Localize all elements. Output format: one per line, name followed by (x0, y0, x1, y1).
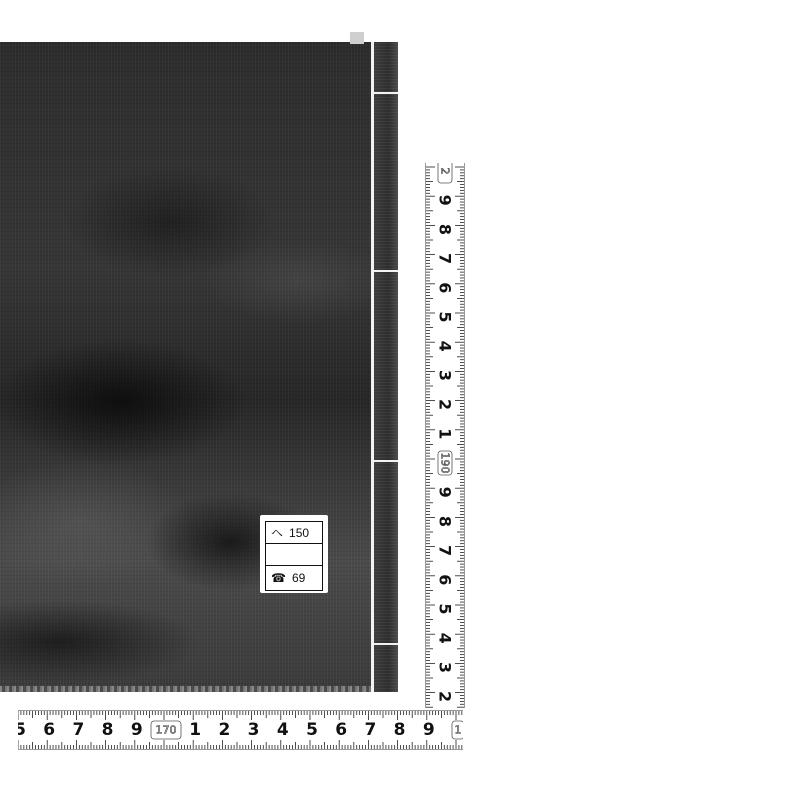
svg-text:3: 3 (248, 720, 260, 740)
binding-line (371, 42, 374, 692)
book-spine (374, 42, 398, 692)
horizontal-ruler-scale: 567891701234567891 (18, 711, 463, 749)
binding-stitch (372, 92, 398, 94)
svg-text:190: 190 (439, 453, 452, 474)
svg-text:5: 5 (18, 720, 26, 740)
svg-text:9: 9 (436, 195, 455, 206)
svg-text:9: 9 (131, 720, 143, 740)
svg-text:3: 3 (435, 662, 454, 673)
binding-stitch (372, 270, 398, 272)
svg-text:1: 1 (436, 428, 455, 439)
svg-text:6: 6 (335, 720, 347, 740)
svg-text:7: 7 (72, 720, 84, 740)
horizontal-ruler: 567891701234567891 (18, 710, 463, 750)
label-row-classification: ヘ 150 (266, 522, 322, 544)
svg-text:1: 1 (189, 720, 201, 740)
svg-text:8: 8 (102, 720, 114, 740)
vertical-ruler-scale: 298765432119098765432 (426, 163, 464, 708)
label-frame: ヘ 150 ☎ 69 (265, 521, 323, 591)
svg-text:2: 2 (439, 168, 452, 175)
svg-text:5: 5 (436, 603, 455, 614)
svg-text:6: 6 (436, 574, 455, 585)
svg-text:2: 2 (218, 720, 230, 740)
label-number: 150 (289, 526, 309, 540)
binding-stitch (372, 643, 398, 645)
label-symbol-icon: ☎ (271, 571, 286, 585)
svg-text:6: 6 (43, 720, 55, 740)
svg-text:3: 3 (436, 370, 455, 381)
cover-bottom-edge (0, 686, 372, 692)
label-item-number: 69 (292, 571, 305, 585)
paper-tab (350, 32, 364, 44)
svg-text:7: 7 (436, 253, 455, 264)
cover-texture (0, 42, 372, 692)
svg-text:2: 2 (436, 691, 455, 702)
svg-text:1: 1 (455, 724, 462, 737)
svg-text:7: 7 (436, 545, 455, 556)
svg-text:4: 4 (277, 720, 289, 740)
label-mark: ヘ (271, 524, 283, 541)
vertical-ruler: 298765432119098765432 (425, 163, 465, 708)
svg-text:8: 8 (394, 720, 406, 740)
label-row-item: ☎ 69 (266, 566, 322, 590)
svg-text:6: 6 (436, 282, 455, 293)
svg-text:9: 9 (423, 720, 435, 740)
svg-text:4: 4 (436, 341, 455, 352)
svg-text:5: 5 (306, 720, 318, 740)
label-row-blank (266, 544, 322, 566)
svg-text:8: 8 (436, 516, 455, 527)
book-cover (0, 42, 372, 692)
svg-text:2: 2 (436, 399, 455, 410)
library-label: ヘ 150 ☎ 69 (260, 515, 328, 593)
svg-text:9: 9 (436, 487, 455, 498)
binding-stitch (372, 460, 398, 462)
svg-text:5: 5 (436, 311, 455, 322)
svg-text:8: 8 (436, 224, 455, 235)
svg-text:170: 170 (156, 724, 177, 737)
svg-text:7: 7 (364, 720, 376, 740)
svg-text:4: 4 (436, 633, 455, 644)
